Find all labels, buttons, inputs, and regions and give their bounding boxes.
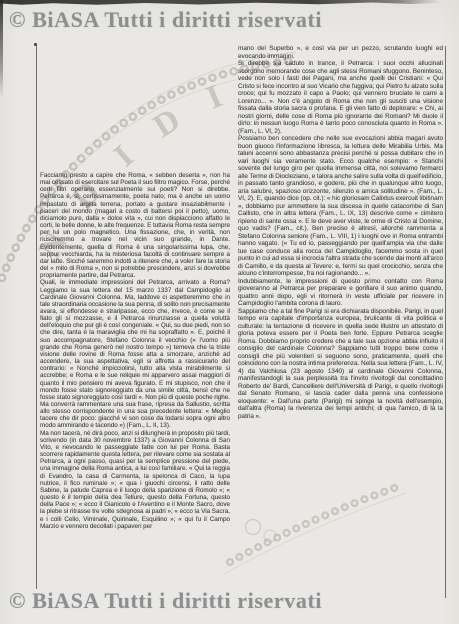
page-rule-right xyxy=(445,46,446,598)
page-corner-mark xyxy=(34,43,37,46)
scan-edge-artifact-top xyxy=(0,0,442,5)
scan-edge-artifact-left xyxy=(0,0,3,98)
watermark-bottom: © BiASA Tutti i diritti riservati xyxy=(9,588,322,614)
paragraph: Si direbbe sia caduto in trance, il Petr… xyxy=(238,60,443,135)
text-column-left: Facciamo presto a capire che Roma, « seb… xyxy=(40,172,230,586)
watermark-top: © BiASA Tutti i diritti riservati xyxy=(9,7,322,33)
paragraph: Indubbiamente, le impressioni di questo … xyxy=(238,278,443,308)
scanned-page: N D I D I © BiASA Tutti i diritti riserv… xyxy=(0,0,459,624)
paragraph: Ma non tacerà, né dirà poco, anzi si dil… xyxy=(40,430,230,530)
paragraph: Quali, le immediate impressioni del Petr… xyxy=(40,279,230,429)
paragraph: Facciamo presto a capire che Roma, « seb… xyxy=(40,172,230,279)
text-column-right: mano del Superbo », e così via per un pe… xyxy=(238,45,443,511)
page-rule-left xyxy=(36,46,37,589)
paragraph: Possiamo ben concedere che nelle sue evo… xyxy=(238,135,443,278)
paragraph: mano del Superbo », e così via per un pe… xyxy=(238,45,443,60)
paragraph: Sappiamo che a tal fine Parigi si era di… xyxy=(238,308,443,421)
